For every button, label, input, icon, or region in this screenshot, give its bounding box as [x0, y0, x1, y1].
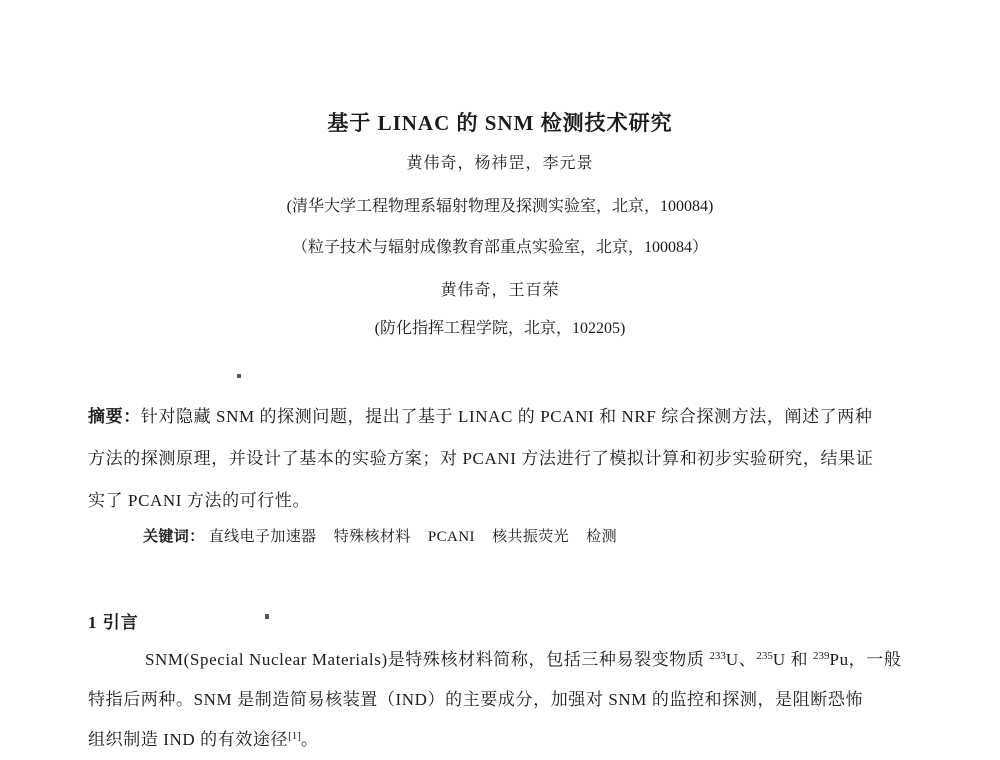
keyword-item: 特殊核材料	[334, 529, 411, 545]
intro-line-1-seg-3: Pu，一般	[830, 650, 902, 669]
keyword-item: PCANI	[428, 529, 475, 545]
authors-line-1: 黄伟奇，杨祎罡，李元景	[0, 151, 1000, 177]
intro-line-3-text: 组织制造 IND 的有效途径	[88, 730, 288, 749]
intro-line-3: 组织制造 IND 的有效途径[1]。	[88, 720, 934, 760]
intro-line-1-seg-2: U 和	[773, 650, 813, 669]
intro-line-1: SNM(Special Nuclear Materials)是特殊核材料简称，包…	[88, 640, 934, 680]
affiliation-3: (防化指挥工程学院，北京，102205)	[0, 315, 1000, 343]
abstract-label: 摘要：	[88, 407, 141, 426]
abstract-text-1: 针对隐藏 SNM 的探测问题，提出了基于 LINAC 的 PCANI 和 NRF…	[141, 407, 873, 426]
intro-line-1-text: SNM(Special Nuclear Materials)是特殊核材料简称，包…	[145, 650, 709, 669]
abstract-line-3: 实了 PCANI 方法的可行性。	[88, 480, 934, 522]
abstract-section: 摘要：针对隐藏 SNM 的探测问题，提出了基于 LINAC 的 PCANI 和 …	[88, 396, 934, 522]
intro-line-3-end: 。	[301, 730, 319, 749]
keyword-item: 检测	[586, 529, 617, 545]
intro-line-1-seg-1: U、	[726, 650, 756, 669]
abstract-line-1: 摘要：针对隐藏 SNM 的探测问题，提出了基于 LINAC 的 PCANI 和 …	[88, 396, 934, 438]
scan-speck	[265, 614, 269, 619]
affiliation-2: （粒子技术与辐射成像教育部重点实验室，北京，100084）	[0, 234, 1000, 261]
keyword-item: 核共振荧光	[492, 529, 569, 545]
keywords-label: 关键词：	[143, 529, 205, 545]
isotope-superscript-235: 235	[756, 650, 773, 662]
affiliation-1: (清华大学工程物理系辐射物理及探测实验室，北京，100084)	[0, 194, 1000, 220]
isotope-superscript-233: 233	[709, 650, 726, 662]
introduction-paragraph: SNM(Special Nuclear Materials)是特殊核材料简称，包…	[88, 640, 934, 760]
intro-line-2: 特指后两种。SNM 是制造简易核装置（IND）的主要成分，加强对 SNM 的监控…	[88, 680, 934, 720]
section-1-heading: 1 引言	[88, 609, 139, 637]
abstract-line-2: 方法的探测原理，并设计了基本的实验方案；对 PCANI 方法进行了模拟计算和初步…	[88, 438, 934, 480]
keyword-item: 直线电子加速器	[209, 529, 317, 545]
isotope-superscript-239: 239	[813, 650, 830, 662]
authors-line-2: 黄伟奇，王百荣	[0, 278, 1000, 304]
keywords-row: 关键词： 直线电子加速器 特殊核材料 PCANI 核共振荧光 检测	[143, 524, 617, 550]
scan-speck	[237, 374, 241, 378]
reference-marker-1: [1]	[288, 730, 301, 742]
paper-title: 基于 LINAC 的 SNM 检测技术研究	[0, 107, 1000, 139]
document-page: 基于 LINAC 的 SNM 检测技术研究 黄伟奇，杨祎罡，李元景 (清华大学工…	[0, 0, 1000, 760]
